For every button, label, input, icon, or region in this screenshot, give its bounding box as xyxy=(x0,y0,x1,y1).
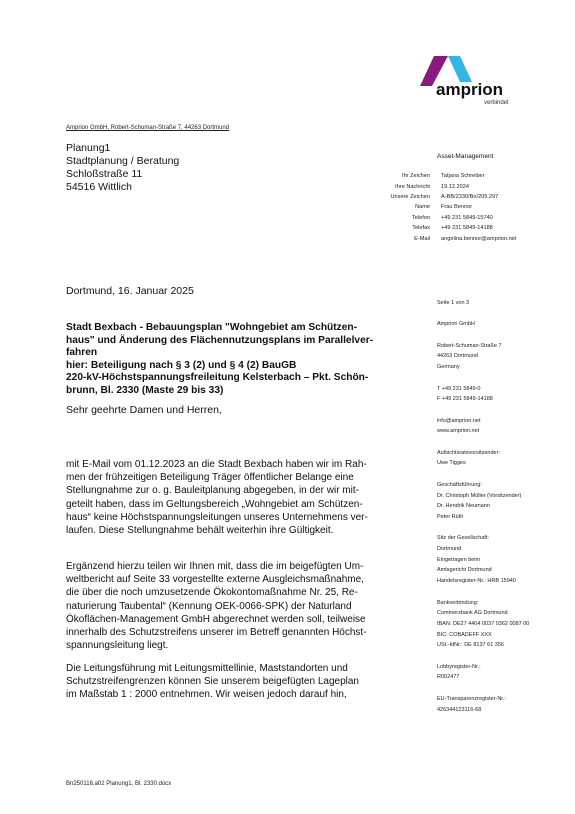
sidebar-group: EU-Transparenzregister-Nr.:426344123116-… xyxy=(437,694,572,715)
sidebar-group: Bankverbindung:Commerzbank AG DortmundIB… xyxy=(437,598,572,652)
sidebar-line: Amtsgericht Dortmund xyxy=(437,565,572,576)
sidebar-line: Sitz der Gesellschaft: xyxy=(437,533,572,544)
paragraph-line: im Maßstab 1 : 2000 entnehmen. Wir weise… xyxy=(66,688,386,701)
sidebar-line: Robert-Schuman-Straße 7 xyxy=(437,341,572,352)
reference-row: Ihre Nachricht19.12.2024 xyxy=(368,181,516,191)
reference-label: Telefon xyxy=(368,213,441,223)
sidebar-group: Aufsichtsratsvorsitzender:Uwe Tigges xyxy=(437,448,572,469)
sidebar-line: info@amprion.net xyxy=(437,416,572,427)
sidebar-line: USt.-IdNr.: DE 8137 61 356 xyxy=(437,640,572,651)
body-paragraph-1: mit E-Mail vom 01.12.2023 an die Stadt B… xyxy=(66,458,386,537)
paragraph-line: mit E-Mail vom 01.12.2023 an die Stadt B… xyxy=(66,458,386,471)
paragraph-line: die über die noch umzusetzende Ökokontom… xyxy=(66,586,386,599)
paragraph-line: Stellungnahme zur o. g. Bauleitplanung a… xyxy=(66,484,386,497)
sidebar-line: Aufsichtsratsvorsitzender: xyxy=(437,448,572,459)
reference-value: 19.12.2024 xyxy=(441,181,516,191)
department: Asset-Management xyxy=(437,153,493,160)
paragraph-line: weltbericht auf Seite 33 vorgestellte ex… xyxy=(66,573,386,586)
reference-label: E-Mail xyxy=(368,233,441,243)
reference-row: Telefon+49 231 5849-15740 xyxy=(368,213,516,223)
paragraph-line: laufen. Diese Stellungnahme behält weite… xyxy=(66,524,386,537)
paragraph-line: men der frühzeitigen Beteiligung Träger … xyxy=(66,471,386,484)
recipient-address: Planung1 Stadtplanung / Beratung Schloßs… xyxy=(66,142,179,194)
reference-row: Unsere ZeichenA-BB/2330/Bn/205.297 xyxy=(368,192,516,202)
sidebar-line: Amprion GmbH xyxy=(437,319,572,330)
sender-return-address: Amprion GmbH, Robert-Schuman-Straße 7, 4… xyxy=(66,125,229,131)
reference-value: Tatjana Schreiber xyxy=(441,171,516,181)
sidebar-group: Geschäftsführung:Dr. Christoph Müller (V… xyxy=(437,480,572,523)
logo-wordmark: amprion xyxy=(436,80,503,100)
paragraph-line: haus“ keine Höchstspannungsleitungen uns… xyxy=(66,511,386,524)
company-info-sidebar: Seite 1 von 3Amprion GmbHRobert-Schuman-… xyxy=(437,298,572,726)
reference-label: Ihre Nachricht xyxy=(368,181,441,191)
paragraph-line: naturierung Taubental“ (Kennung OEK-0066… xyxy=(66,600,386,613)
recipient-line: Planung1 xyxy=(66,142,179,155)
reference-info-table: Ihr ZeichenTatjana SchreiberIhre Nachric… xyxy=(368,171,516,244)
sidebar-line: Geschäftsführung: xyxy=(437,480,572,491)
reference-value: +49 231 5849-14188 xyxy=(441,223,516,233)
sidebar-line: IBAN: DE27 4404 0037 0362 0087 00 xyxy=(437,619,572,630)
reference-label: Telefax xyxy=(368,223,441,233)
reference-label: Name xyxy=(368,202,441,212)
subject-line: haus" und Änderung des Flächennutzungspl… xyxy=(66,335,384,348)
reference-value: angelina.bennor@amprion.net xyxy=(441,233,516,243)
sidebar-line: 44263 Dortmund xyxy=(437,351,572,362)
sidebar-line: Seite 1 von 3 xyxy=(437,298,572,309)
paragraph-line: innerhalb des Schutzstreifens unserer im… xyxy=(66,626,386,639)
recipient-line: 54516 Wittlich xyxy=(66,181,179,194)
sidebar-line: Bankverbindung: xyxy=(437,598,572,609)
sidebar-line: F +49 231 5849-14188 xyxy=(437,394,572,405)
paragraph-line: Ökoflächen-Management GmbH abgerechnet w… xyxy=(66,613,386,626)
reference-value: Frau Bennor xyxy=(441,202,516,212)
sidebar-line: EU-Transparenzregister-Nr.: xyxy=(437,694,572,705)
sidebar-group: Seite 1 von 3 xyxy=(437,298,572,309)
amprion-logo: amprion verbindet xyxy=(420,56,530,108)
reference-row: Ihr ZeichenTatjana Schreiber xyxy=(368,171,516,181)
body-paragraph-3: Die Leitungsführung mit Leitungsmittelli… xyxy=(66,662,386,702)
sidebar-line: Dr. Christoph Müller (Vorsitzender) xyxy=(437,491,572,502)
sidebar-line: 426344123116-68 xyxy=(437,705,572,716)
salutation: Sehr geehrte Damen und Herren, xyxy=(66,404,222,416)
sidebar-line: Dortmund xyxy=(437,544,572,555)
paragraph-line: Die Leitungsführung mit Leitungsmittelli… xyxy=(66,662,386,675)
recipient-line: Schloßstraße 11 xyxy=(66,168,179,181)
reference-label: Ihr Zeichen xyxy=(368,171,441,181)
sidebar-line: T +49 231 5849-0 xyxy=(437,384,572,395)
body-paragraph-2: Ergänzend hierzu teilen wir Ihnen mit, d… xyxy=(66,560,386,652)
subject-line: fahren xyxy=(66,347,384,360)
sidebar-line: www.amprion.net xyxy=(437,426,572,437)
letter-subject: Stadt Bexbach - Bebauungsplan "Wohngebie… xyxy=(66,322,384,398)
sidebar-line: Handelsregister-Nr.: HRB 15940 xyxy=(437,576,572,587)
sidebar-group: Robert-Schuman-Straße 744263 DortmundGer… xyxy=(437,341,572,373)
reference-row: Telefax+49 231 5849-14188 xyxy=(368,223,516,233)
paragraph-line: Schutzstreifengrenzen können Sie unserem… xyxy=(66,675,386,688)
reference-label: Unsere Zeichen xyxy=(368,192,441,202)
reference-row: NameFrau Bennor xyxy=(368,202,516,212)
sidebar-line: Commerzbank AG Dortmund xyxy=(437,608,572,619)
sidebar-group: Lobbyregister-Nr.:R002477 xyxy=(437,662,572,683)
subject-line: Stadt Bexbach - Bebauungsplan "Wohngebie… xyxy=(66,322,384,335)
reference-value: +49 231 5849-15740 xyxy=(441,213,516,223)
sidebar-line: Uwe Tigges xyxy=(437,458,572,469)
sidebar-line: Germany xyxy=(437,362,572,373)
subject-line: hier: Beteiligung nach § 3 (2) und § 4 (… xyxy=(66,360,384,373)
sidebar-line: Eingetragen beim xyxy=(437,555,572,566)
reference-value: A-BB/2330/Bn/205.297 xyxy=(441,192,516,202)
sidebar-line: Dr. Hendrik Neumann xyxy=(437,501,572,512)
sidebar-line: Peter Rüth xyxy=(437,512,572,523)
sidebar-group: T +49 231 5849-0F +49 231 5849-14188 xyxy=(437,384,572,405)
subject-line: brunn, Bl. 2330 (Maste 29 bis 33) xyxy=(66,385,384,398)
subject-line: 220-kV-Höchstspannungsfreileitung Kelste… xyxy=(66,372,384,385)
document-filename-footer: Bn250116.a02 Planung1, Bl. 2330.docx xyxy=(66,781,171,787)
sidebar-line: R002477 xyxy=(437,672,572,683)
reference-row: E-Mailangelina.bennor@amprion.net xyxy=(368,233,516,243)
sidebar-line: BIC: COBADEFF XXX xyxy=(437,630,572,641)
paragraph-line: spannungsleitung liegt. xyxy=(66,639,386,652)
letter-date: Dortmund, 16. Januar 2025 xyxy=(66,285,194,297)
recipient-line: Stadtplanung / Beratung xyxy=(66,155,179,168)
sidebar-line: Lobbyregister-Nr.: xyxy=(437,662,572,673)
sidebar-group: Amprion GmbH xyxy=(437,319,572,330)
logo-tagline: verbindet xyxy=(484,100,509,106)
paragraph-line: geteilt haben, dass im Geltungsbereich „… xyxy=(66,498,386,511)
sidebar-group: info@amprion.netwww.amprion.net xyxy=(437,416,572,437)
paragraph-line: Ergänzend hierzu teilen wir Ihnen mit, d… xyxy=(66,560,386,573)
sidebar-group: Sitz der Gesellschaft:DortmundEingetrage… xyxy=(437,533,572,587)
